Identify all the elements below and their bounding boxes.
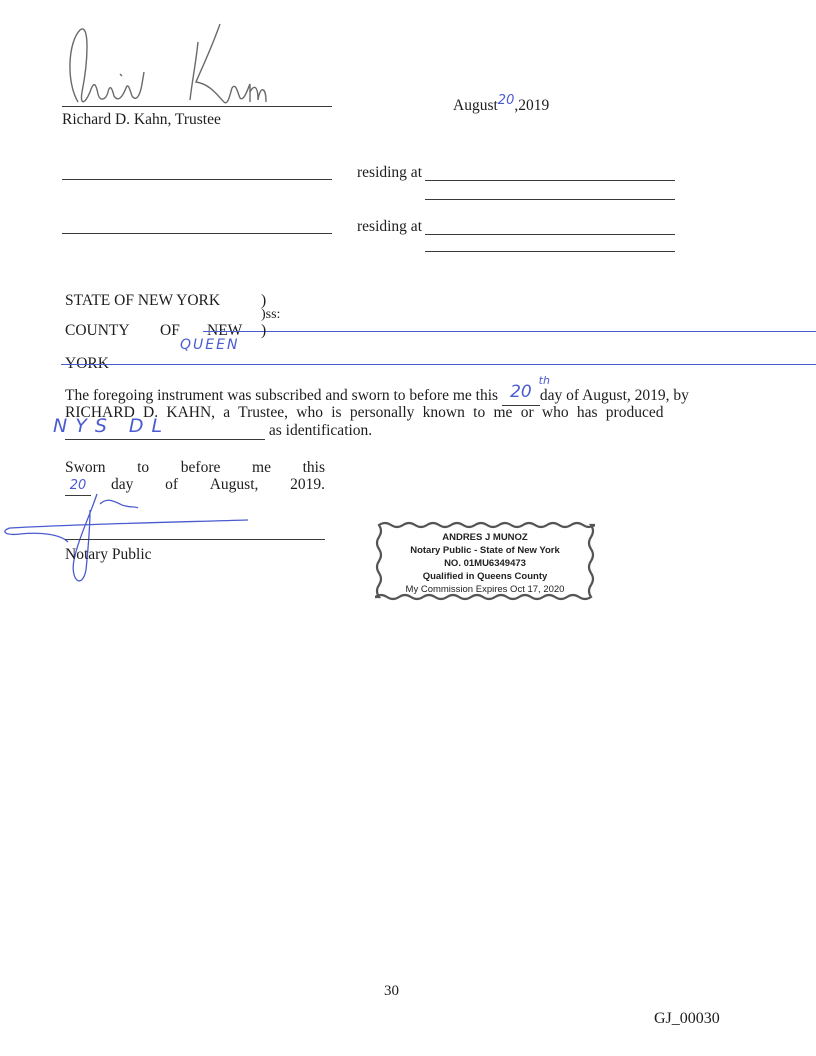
trustee-signature-line xyxy=(62,106,332,107)
witness-signature-line-1 xyxy=(62,179,332,180)
venue-paren-2: ) xyxy=(261,322,266,340)
residing-at-label-2: residing at xyxy=(357,218,422,236)
stamp-notary-name: ANDRES J MUNOZ xyxy=(375,531,595,544)
trustee-signature-scribble xyxy=(60,22,340,110)
notary-signature-scribble xyxy=(0,490,260,590)
residing-at-label-1: residing at xyxy=(357,164,422,182)
trustee-signature xyxy=(60,22,340,110)
ack-line-1-start: The foregoing instrument was subscribed … xyxy=(65,387,498,404)
ack-line-3-end: as identification. xyxy=(269,422,372,439)
ack-day-blank: 20 th xyxy=(502,386,540,406)
ack-handwritten-suffix: th xyxy=(539,372,550,390)
ack-line-3: NYS DL as identification. xyxy=(65,422,372,440)
residing-address-line-2a xyxy=(425,234,675,235)
jurat-word: 2019. xyxy=(290,476,325,496)
jurat-line-1: Sworn to before me this xyxy=(65,459,325,477)
venue-handwritten-county: QUEEN xyxy=(180,336,239,354)
signature-date: August20,2019 xyxy=(453,92,549,115)
residing-address-line-1a xyxy=(425,180,675,181)
jurat-word: before xyxy=(181,459,221,477)
date-year: ,2019 xyxy=(514,97,549,114)
venue-struck-new: NEW xyxy=(207,322,816,340)
venue-struck-york: YORK xyxy=(65,355,816,373)
ack-id-blank: NYS DL xyxy=(65,423,265,440)
date-month: August xyxy=(453,97,498,114)
ack-line-1-end: day of August, 2019, by xyxy=(540,387,689,404)
stamp-notary-number: NO. 01MU6349473 xyxy=(375,557,595,570)
notary-signature-line xyxy=(65,539,325,540)
residing-address-line-1b xyxy=(425,199,675,200)
jurat-word: me xyxy=(252,459,271,477)
ack-handwritten-day: 20 xyxy=(510,382,532,402)
jurat-word: this xyxy=(303,459,325,477)
stamp-notary-title: Notary Public - State of New York xyxy=(375,544,595,557)
notary-stamp: ANDRES J MUNOZ Notary Public - State of … xyxy=(375,521,595,601)
stamp-expiration: My Commission Expires Oct 17, 2020 xyxy=(375,583,595,596)
residing-address-line-2b xyxy=(425,251,675,252)
witness-signature-line-2 xyxy=(62,233,332,234)
bates-number: GJ_00030 xyxy=(654,1010,720,1028)
ack-line-1: The foregoing instrument was subscribed … xyxy=(65,386,745,406)
notary-public-label: Notary Public xyxy=(65,546,152,564)
venue-state: STATE OF NEW YORK xyxy=(65,292,220,310)
ack-handwritten-id: NYS DL xyxy=(53,417,170,435)
venue-of-label: OF xyxy=(160,322,180,340)
stamp-text: ANDRES J MUNOZ Notary Public - State of … xyxy=(375,531,595,596)
page-number: 30 xyxy=(384,983,399,1000)
venue-county-label: COUNTY xyxy=(65,322,130,340)
stamp-qualified: Qualified in Queens County xyxy=(375,570,595,583)
notary-signature xyxy=(0,490,260,590)
trustee-name-label: Richard D. Kahn, Trustee xyxy=(62,111,221,129)
date-handwritten-day: 20 xyxy=(498,93,515,108)
jurat-word: Sworn xyxy=(65,459,105,477)
jurat-word: to xyxy=(137,459,149,477)
